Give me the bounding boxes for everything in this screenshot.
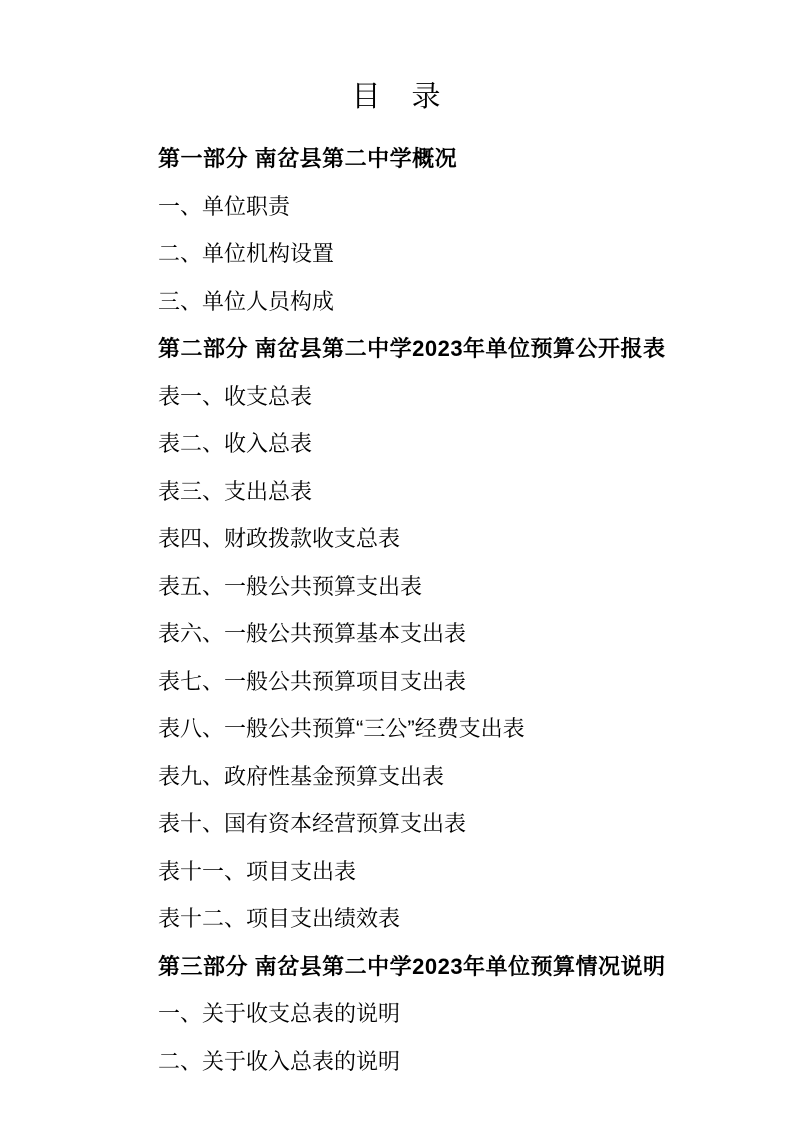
toc-item: 表九、政府性基金预算支出表 <box>158 766 753 788</box>
toc-item: 表十、国有资本经营预算支出表 <box>158 813 753 835</box>
toc-item: 一、关于收支总表的说明 <box>158 1003 753 1025</box>
toc-item: 表三、支出总表 <box>158 481 753 503</box>
toc-item: 表十一、项目支出表 <box>158 861 753 883</box>
toc-item: 二、单位机构设置 <box>158 243 753 265</box>
toc-item: 表一、收支总表 <box>158 386 753 408</box>
toc-item: 表四、财政拨款收支总表 <box>158 528 753 550</box>
document-page: 目 录 第一部分 南岔县第二中学概况 一、单位职责 二、单位机构设置 三、单位人… <box>0 0 793 1122</box>
toc-item: 表十二、项目支出绩效表 <box>158 908 753 930</box>
toc-item: 二、关于收入总表的说明 <box>158 1051 753 1073</box>
toc-item: 表八、一般公共预算“三公”经费支出表 <box>158 718 753 740</box>
page-title: 目 录 <box>0 0 793 112</box>
toc-item: 表二、收入总表 <box>158 433 753 455</box>
toc-part1-heading: 第一部分 南岔县第二中学概况 <box>158 148 753 170</box>
toc-item: 三、单位人员构成 <box>158 291 753 313</box>
toc-item: 表六、一般公共预算基本支出表 <box>158 623 753 645</box>
toc-item: 一、单位职责 <box>158 196 753 218</box>
toc-part3-heading: 第三部分 南岔县第二中学2023年单位预算情况说明 <box>158 956 753 978</box>
toc-item: 表五、一般公共预算支出表 <box>158 576 753 598</box>
toc-part2-heading: 第二部分 南岔县第二中学2023年单位预算公开报表 <box>158 338 753 360</box>
toc-item: 表七、一般公共预算项目支出表 <box>158 671 753 693</box>
table-of-contents: 第一部分 南岔县第二中学概况 一、单位职责 二、单位机构设置 三、单位人员构成 … <box>0 112 793 1073</box>
